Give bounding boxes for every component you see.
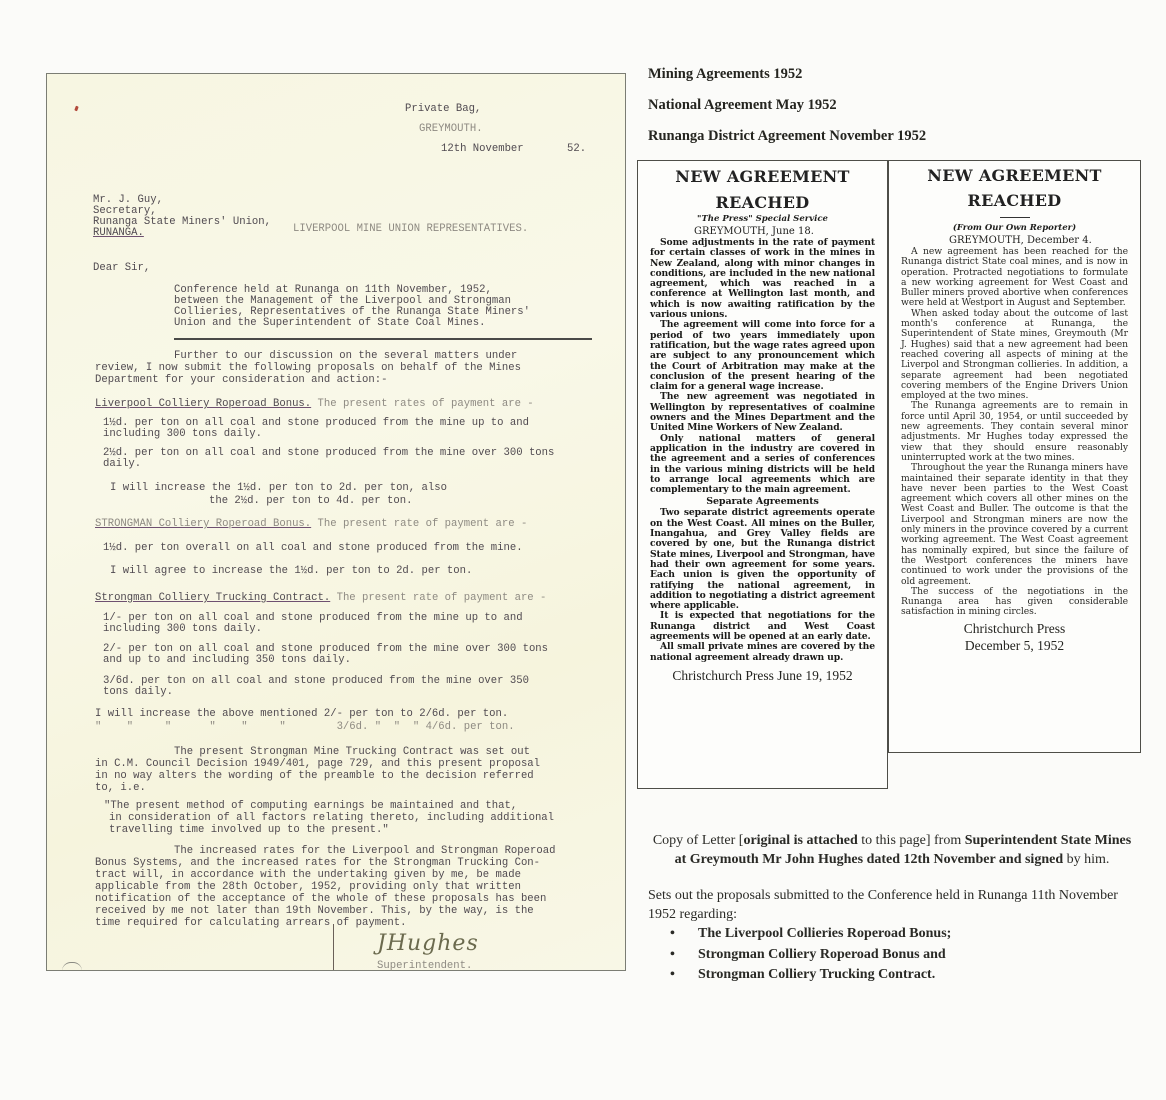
headline-divider [1000,217,1030,218]
clipping-paragraph: The success of the negotiations in the R… [901,587,1128,618]
proposal-item: •The Liverpool Collieries Roperoad Bonus… [670,924,1136,945]
increase-line: I will increase the above mentioned 2/- … [95,709,508,721]
letter-date: 12th November [441,144,524,156]
section-lead: The present rates of payment are - [311,398,534,410]
clipping-paragraph: When asked today about the outcome of la… [901,309,1128,402]
section-strongman-trucking: Strongman Colliery Trucking Contract. Th… [95,593,546,605]
final-line: notification of the acceptance of the wh… [95,894,546,906]
caption-description: Copy of Letter [original is attached to … [648,831,1136,869]
clipping-source: Christchurch Press [889,620,1140,637]
final-line: applicable from the 28th October, 1952, … [95,882,521,894]
proposal-label: The Liverpool Collieries Roperoad Bonus; [698,926,951,941]
newspaper-clipping-june: NEW AGREEMENT REACHED "The Press" Specia… [637,160,888,789]
subject-line: Union and the Superintendent of State Co… [174,318,486,330]
rate-line: daily. [103,459,141,471]
contract-line: in no way alters the wording of the prea… [95,771,534,783]
bullet-icon: • [670,924,675,945]
section-strongman-roperoad: STRONGMAN Colliery Roperoad Bonus. The p… [95,519,527,531]
quote-line: travelling time involved up to the prese… [109,825,389,837]
intro-line: review, I now submit the following propo… [95,363,521,375]
subject-underline [174,338,592,340]
section-liverpool-roperoad: Liverpool Colliery Roperoad Bonus. The p… [95,399,534,411]
section-lead: The present rate of payment are - [330,592,546,604]
letter-address-line1: Private Bag, [405,104,481,116]
section-title: Strongman Colliery Trucking Contract. [95,592,330,604]
letter-scan: Private Bag, GREYMOUTH. 12th November 52… [46,73,626,971]
proposal-label: Strongman Colliery Roperoad Bonus and [698,947,946,962]
bullet-icon: • [670,965,675,986]
clipping-paragraph: Some adjustments in the rate of payment … [650,238,875,320]
section-title: Liverpool Colliery Roperoad Bonus. [95,398,311,410]
signatory-title: Superintendent. [377,961,472,973]
section-lead: The present rate of payment are - [311,518,527,530]
proposal-label: Strongman Colliery Trucking Contract. [698,967,935,982]
proposals-list: •The Liverpool Collieries Roperoad Bonus… [648,924,1136,986]
heading-mining-agreements: Mining Agreements 1952 [648,64,926,95]
clipping-headline: NEW AGREEMENT [638,166,887,187]
caption-text: by him. [1063,852,1109,867]
caption-proposals-intro: Sets out the proposals submitted to the … [648,886,1138,924]
bullet-icon: • [670,945,675,966]
letter-year: 52. [567,144,586,156]
caption-text: to this page] from [858,833,965,848]
recipient-line: RUNANGA. [93,228,144,240]
caption-bold-text: original is attached [743,833,857,848]
quote-line: "The present method of computing earning… [104,801,517,813]
clipping-headline: NEW AGREEMENT [889,165,1140,186]
clipping-paragraph: Two separate district agreements operate… [650,508,875,611]
final-line: Bonus Systems, and the increased rates f… [95,858,540,870]
rate-line: including 300 tons daily. [103,624,262,636]
signature-stroke [333,924,334,970]
increase-line: the 2½d. per ton to 4d. per ton. [209,496,412,508]
final-line: The increased rates for the Liverpool an… [174,846,555,858]
clipping-headline: REACHED [638,192,887,213]
intro-line: Department for your consideration and ac… [95,375,387,387]
signature: JHughes [377,938,479,950]
contract-line: to, i.e. [95,783,146,795]
clipping-paragraph: It is expected that negotiations for the… [650,611,875,642]
clipping-headline: REACHED [889,190,1140,211]
rate-line: 1½d. per ton overall on all coal and sto… [103,543,523,555]
letter-address-line2: GREYMOUTH. [419,124,483,136]
final-line: received by me not later than 19th Novem… [95,906,534,918]
heading-runanga-agreement: Runanga District Agreement November 1952 [648,126,926,157]
rate-line: tons daily. [103,687,173,699]
increase-line: I will increase the 1½d. per ton to 2d. … [110,483,447,495]
clipping-paragraph: The new agreement was negotiated in Well… [650,392,875,433]
clipping-paragraph: All small private mines are covered by t… [650,642,875,663]
clipping-body: Some adjustments in the rate of payment … [638,238,887,663]
page-headings: Mining Agreements 1952 National Agreemen… [648,64,926,157]
increase-line: I will agree to increase the 1½d. per to… [110,566,472,578]
clipping-byline: "The Press" Special Service [638,213,887,225]
clipping-source-date: December 5, 1952 [889,637,1140,654]
caption-text: Copy of Letter [ [653,833,744,848]
clipping-byline: (From Our Own Reporter) [889,222,1140,234]
final-line: tract will, in accordance with the under… [95,870,521,882]
clipping-paragraph: The agreement will come into force for a… [650,320,875,392]
clipping-paragraph: A new agreement has been reached for the… [901,247,1128,309]
proposal-item: •Strongman Colliery Roperoad Bonus and [670,945,1136,966]
contract-line: in C.M. Council Decision 1949/401, page … [95,759,540,771]
letter-caption: Copy of Letter [original is attached to … [648,831,1136,986]
increase-line: " " " " " " 3/6d. " " " 4/6d. per ton. [95,722,515,734]
rate-line: including 300 tons daily. [103,429,262,441]
intro-line: Further to our discussion on the several… [174,351,517,363]
contract-line: The present Strongman Mine Trucking Cont… [174,747,530,759]
rate-line: and up to and including 350 tons daily. [103,655,351,667]
final-line: time required for calculating arrears of… [95,918,407,930]
clipping-paragraph: Only national matters of general applica… [650,434,875,496]
clipping-paragraph: Throughout the year the Runanga miners h… [901,463,1128,587]
ink-mark [74,106,79,112]
letter-cc: LIVERPOOL MINE UNION REPRESENTATIVES. [293,224,528,236]
clipping-body: A new agreement has been reached for the… [889,247,1140,618]
clipping-source: Christchurch Press June 19, 1952 [638,667,887,684]
salutation: Dear Sir, [93,263,150,275]
clipping-paragraph: The Runanga agreements are to remain in … [901,401,1128,463]
newspaper-clipping-december: NEW AGREEMENT REACHED (From Our Own Repo… [888,160,1141,753]
quote-line: in consideration of all factors relating… [109,813,554,825]
heading-national-agreement: National Agreement May 1952 [648,95,926,126]
page-corner [62,962,82,971]
rate-line: 2½d. per ton on all coal and stone produ… [103,448,554,460]
proposal-item: •Strongman Colliery Trucking Contract. [670,965,1136,986]
section-title: STRONGMAN Colliery Roperoad Bonus. [95,518,311,530]
